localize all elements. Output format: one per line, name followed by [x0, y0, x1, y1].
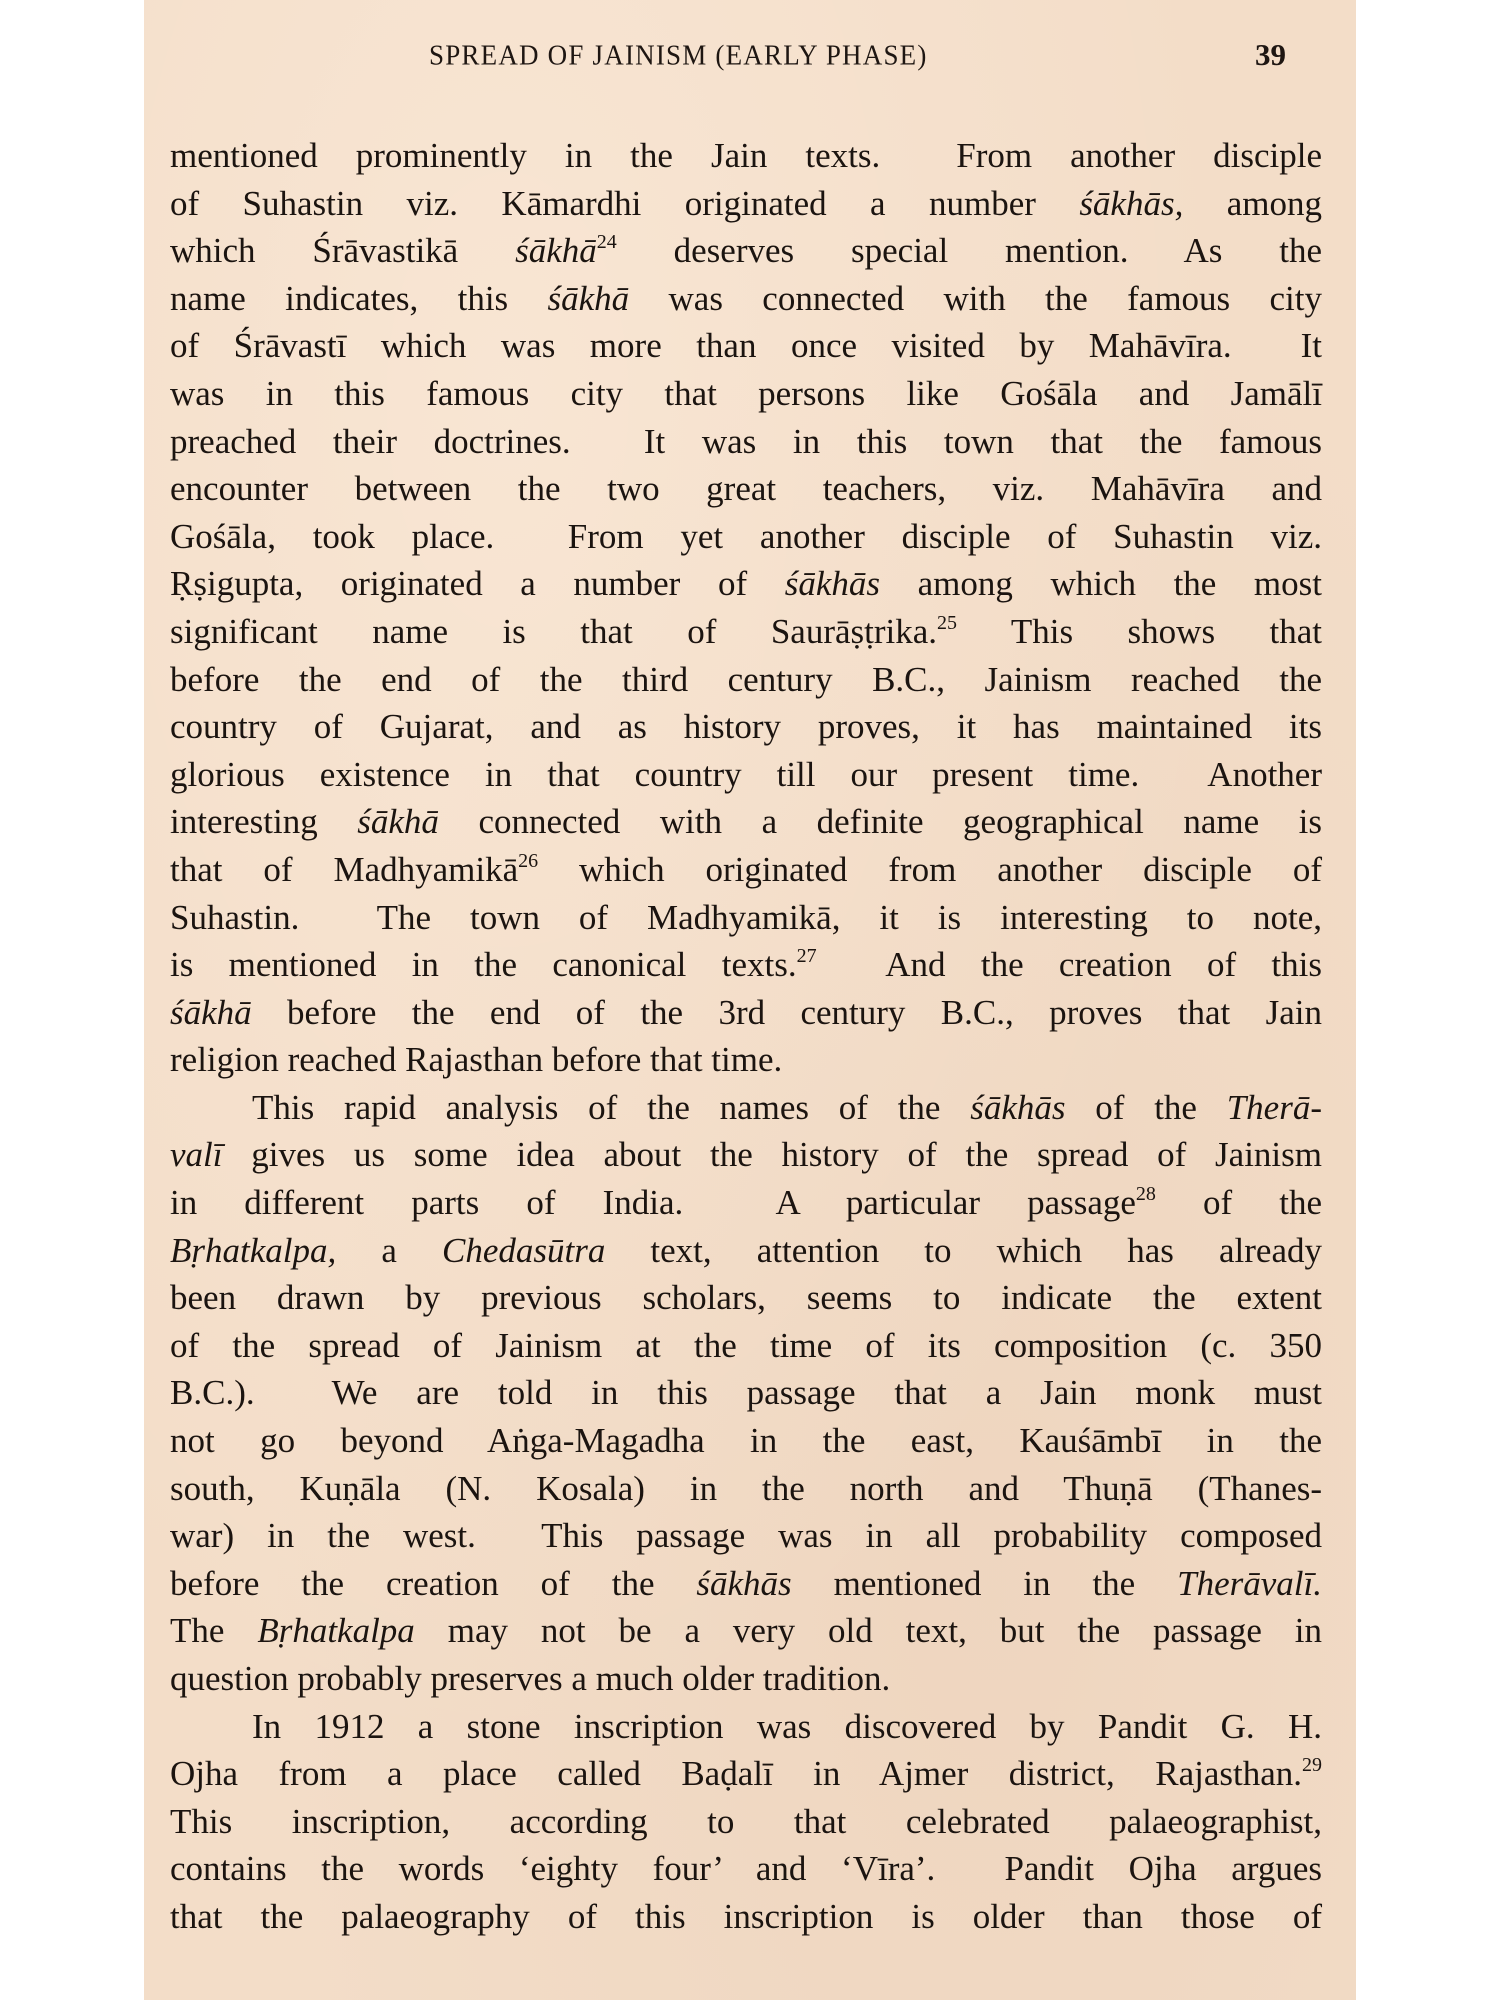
- italic-term: śākhā: [515, 231, 597, 270]
- text-line: religion reached Rajasthan before that t…: [170, 1036, 1322, 1084]
- text-line: not go beyond Aṅga-Magadha in the east, …: [170, 1417, 1322, 1465]
- text-run: among which the most: [880, 564, 1322, 603]
- text-line: war) in the west. This passage was in al…: [170, 1512, 1322, 1560]
- page-number: 39: [1255, 37, 1286, 73]
- text-line: of the spread of Jainism at the time of …: [170, 1322, 1322, 1370]
- text-line: south, Kuṇāla (N. Kosala) in the north a…: [170, 1465, 1322, 1513]
- text-run: mentioned prominently in the Jain texts.…: [170, 136, 1322, 175]
- text-line: Ṛṣigupta, originated a number of śākhās …: [170, 560, 1322, 608]
- text-run: name indicates, this: [170, 279, 548, 318]
- italic-term: śākhās,: [1079, 184, 1183, 223]
- italic-term: śākhās: [785, 564, 880, 603]
- text-line: Ojha from a place called Baḍalī in Ajmer…: [170, 1750, 1322, 1798]
- text-run: connected with a definite geographical n…: [439, 802, 1322, 841]
- text-run: preached their doctrines. It was in this…: [170, 422, 1322, 461]
- text-line: of Śrāvastī which was more than once vis…: [170, 322, 1322, 370]
- text-line: This inscription, according to that cele…: [170, 1798, 1322, 1846]
- text-line: before the end of the third century B.C.…: [170, 656, 1322, 704]
- text-run: was in this famous city that persons lik…: [170, 374, 1322, 413]
- text-run: of the: [1066, 1088, 1227, 1127]
- text-run: interesting: [170, 802, 357, 841]
- text-run: And the creation of this: [817, 945, 1322, 984]
- text-line: glorious existence in that country till …: [170, 751, 1322, 799]
- text-run: Ṛṣigupta, originated a number of: [170, 564, 785, 603]
- text-line: śākhā before the end of the 3rd century …: [170, 989, 1322, 1037]
- text-run: not go beyond Aṅga-Magadha in the east, …: [170, 1421, 1322, 1460]
- text-line: mentioned prominently in the Jain texts.…: [170, 132, 1322, 180]
- italic-term: valī: [170, 1135, 222, 1174]
- text-run: which Śrāvastikā: [170, 231, 515, 270]
- text-run: Gośāla, took place. From yet another dis…: [170, 517, 1322, 556]
- text-run: of the spread of Jainism at the time of …: [170, 1326, 1322, 1365]
- text-run: In 1912 a stone inscription was discover…: [252, 1707, 1322, 1746]
- italic-term: śākhās: [970, 1088, 1065, 1127]
- text-line: B.C.). We are told in this passage that …: [170, 1369, 1322, 1417]
- text-run: may not be a very old text, but the pass…: [415, 1611, 1322, 1650]
- text-run: before the creation of the: [170, 1564, 696, 1603]
- text-line: Bṛhatkalpa, a Chedasūtra text, attention…: [170, 1227, 1322, 1275]
- text-run: south, Kuṇāla (N. Kosala) in the north a…: [170, 1469, 1322, 1508]
- footnote-ref: 24: [597, 231, 617, 253]
- text-line: valī gives us some idea about the histor…: [170, 1131, 1322, 1179]
- text-run: The: [170, 1611, 257, 1650]
- text-run: mentioned in the: [792, 1564, 1177, 1603]
- text-line: name indicates, this śākhā was connected…: [170, 275, 1322, 323]
- text-run: war) in the west. This passage was in al…: [170, 1516, 1322, 1555]
- italic-term: Therā-: [1227, 1088, 1322, 1127]
- text-run: of Suhastin viz. Kāmardhi originated a n…: [170, 184, 1079, 223]
- footnote-ref: 29: [1302, 1754, 1322, 1776]
- text-line: which Śrāvastikā śākhā24 deserves specia…: [170, 227, 1322, 275]
- text-line: Suhastin. The town of Madhyamikā, it is …: [170, 894, 1322, 942]
- text-run: Suhastin. The town of Madhyamikā, it is …: [170, 898, 1322, 937]
- text-line: before the creation of the śākhās mentio…: [170, 1560, 1322, 1608]
- text-run: B.C.). We are told in this passage that …: [170, 1373, 1322, 1412]
- footnote-ref: 28: [1136, 1183, 1156, 1205]
- text-run: that of Madhyamikā: [170, 850, 518, 889]
- running-head: SPREAD OF JAINISM (EARLY PHASE) 39: [144, 40, 1356, 80]
- italic-term: śākhā: [548, 279, 630, 318]
- text-line: encounter between the two great teachers…: [170, 465, 1322, 513]
- italic-term: Chedasūtra: [442, 1231, 605, 1270]
- italic-term: Bṛhatkalpa,: [170, 1231, 336, 1270]
- text-run: before the end of the third century B.C.…: [170, 660, 1322, 699]
- text-run: that the palaeography of this inscriptio…: [170, 1897, 1322, 1936]
- text-run: country of Gujarat, and as history prove…: [170, 707, 1322, 746]
- text-run: encounter between the two great teachers…: [170, 469, 1322, 508]
- text-line: that of Madhyamikā26 which originated fr…: [170, 846, 1322, 894]
- text-line: that the palaeography of this inscriptio…: [170, 1893, 1322, 1941]
- text-line: The Bṛhatkalpa may not be a very old tex…: [170, 1607, 1322, 1655]
- text-run: significant name is that of Saurāṣṭrika.: [170, 612, 937, 651]
- text-line: in different parts of India. A particula…: [170, 1179, 1322, 1227]
- text-line: of Suhastin viz. Kāmardhi originated a n…: [170, 180, 1322, 228]
- text-line: Gośāla, took place. From yet another dis…: [170, 513, 1322, 561]
- book-page: SPREAD OF JAINISM (EARLY PHASE) 39 menti…: [144, 0, 1356, 2000]
- body-text: mentioned prominently in the Jain texts.…: [170, 132, 1322, 1941]
- text-line: This rapid analysis of the names of the …: [170, 1084, 1322, 1132]
- text-run: which originated from another disciple o…: [538, 850, 1322, 889]
- italic-term: śākhās: [696, 1564, 791, 1603]
- text-run: among: [1183, 184, 1322, 223]
- text-run: contains the words ‘eighty four’ and ‘Vī…: [170, 1849, 1322, 1888]
- text-run: This shows that: [957, 612, 1322, 651]
- text-line: question probably preserves a much older…: [170, 1655, 1322, 1703]
- text-run: in different parts of India. A particula…: [170, 1183, 1136, 1222]
- text-line: was in this famous city that persons lik…: [170, 370, 1322, 418]
- italic-term: śākhā: [357, 802, 439, 841]
- running-title: SPREAD OF JAINISM (EARLY PHASE): [429, 39, 928, 72]
- text-run: before the end of the 3rd century B.C., …: [252, 993, 1322, 1032]
- text-run: gives us some idea about the history of …: [222, 1135, 1322, 1174]
- footnote-ref: 27: [797, 945, 817, 967]
- text-line: been drawn by previous scholars, seems t…: [170, 1274, 1322, 1322]
- text-line: interesting śākhā connected with a defin…: [170, 798, 1322, 846]
- italic-term: śākhā: [170, 993, 252, 1032]
- text-run: a: [336, 1231, 442, 1270]
- text-line: In 1912 a stone inscription was discover…: [170, 1703, 1322, 1751]
- footnote-ref: 25: [937, 612, 957, 634]
- text-run: was connected with the famous city: [629, 279, 1322, 318]
- footnote-ref: 26: [518, 850, 538, 872]
- text-line: contains the words ‘eighty four’ and ‘Vī…: [170, 1845, 1322, 1893]
- text-run: deserves special mention. As the: [617, 231, 1322, 270]
- text-run: been drawn by previous scholars, seems t…: [170, 1278, 1322, 1317]
- italic-term: Therāvalī.: [1177, 1564, 1322, 1603]
- text-run: question probably preserves a much older…: [170, 1659, 890, 1698]
- text-line: is mentioned in the canonical texts.27 A…: [170, 941, 1322, 989]
- text-line: significant name is that of Saurāṣṭrika.…: [170, 608, 1322, 656]
- text-run: of the: [1156, 1183, 1322, 1222]
- text-line: country of Gujarat, and as history prove…: [170, 703, 1322, 751]
- italic-term: Bṛhatkalpa: [257, 1611, 414, 1650]
- text-run: This rapid analysis of the names of the: [252, 1088, 970, 1127]
- text-run: is mentioned in the canonical texts.: [170, 945, 797, 984]
- text-run: religion reached Rajasthan before that t…: [170, 1040, 782, 1079]
- text-run: text, attention to which has already: [605, 1231, 1322, 1270]
- text-line: preached their doctrines. It was in this…: [170, 418, 1322, 466]
- text-run: Ojha from a place called Baḍalī in Ajmer…: [170, 1754, 1302, 1793]
- text-run: of Śrāvastī which was more than once vis…: [170, 326, 1322, 365]
- text-run: glorious existence in that country till …: [170, 755, 1322, 794]
- text-run: This inscription, according to that cele…: [170, 1802, 1322, 1841]
